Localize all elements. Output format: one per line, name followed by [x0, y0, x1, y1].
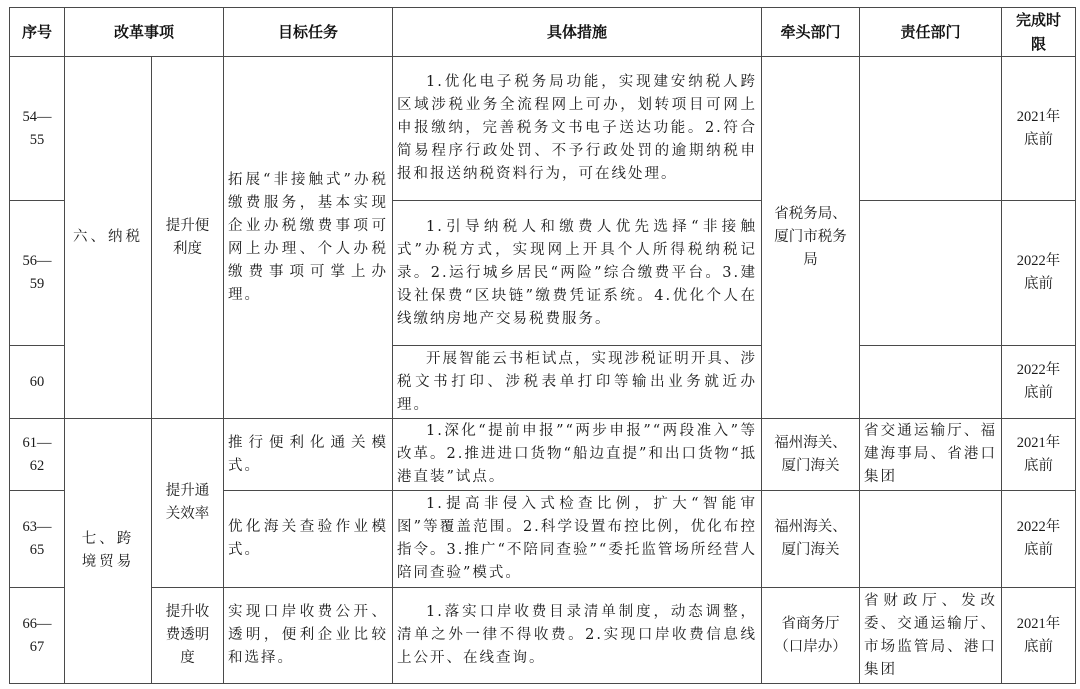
seq-cell: 60 [10, 346, 65, 419]
header-lead-dept: 牵头部门 [762, 8, 860, 57]
deadline-cell: 2021年底前 [1002, 588, 1076, 684]
seq-cell: 63—65 [10, 491, 65, 588]
header-measures: 具体措施 [393, 8, 762, 57]
deadline-cell: 2021年底前 [1002, 419, 1076, 491]
category-cell: 七、跨境贸易 [65, 419, 152, 684]
deadline-cell: 2022年底前 [1002, 491, 1076, 588]
deadline-cell: 2022年底前 [1002, 201, 1076, 346]
deadline-cell: 2021年底前 [1002, 57, 1076, 201]
target-task-cell: 推行便利化通关模式。 [224, 419, 393, 491]
target-task-cell: 优化海关查验作业模式。 [224, 491, 393, 588]
sub-item-cell: 提升通关效率 [152, 419, 224, 588]
table-row: 66—67 提升收费透明度 实现口岸收费公开、透明，便利企业比较和选择。 1.落… [10, 588, 1076, 684]
category-cell: 六、纳税 [65, 57, 152, 419]
sub-item-cell: 提升收费透明度 [152, 588, 224, 684]
target-task-cell: 拓展“非接触式”办税缴费服务，基本实现企业办税缴费事项可网上办理、个人办税缴费事… [224, 57, 393, 419]
measures-cell: 开展智能云书柜试点，实现涉税证明开具、涉税文书打印、涉税表单打印等输出业务就近办… [393, 346, 762, 419]
header-deadline: 完成时限 [1002, 8, 1076, 57]
header-resp-dept: 责任部门 [860, 8, 1002, 57]
resp-dept-cell [860, 491, 1002, 588]
measures-cell: 1.优化电子税务局功能，实现建安纳税人跨区域涉税业务全流程网上可办，划转项目可网… [393, 57, 762, 201]
resp-dept-cell [860, 57, 1002, 201]
seq-cell: 56—59 [10, 201, 65, 346]
measures-cell: 1.提高非侵入式检查比例，扩大“智能审图”等覆盖范围。2.科学设置布控比例，优化… [393, 491, 762, 588]
table-row: 61—62 七、跨境贸易 提升通关效率 推行便利化通关模式。 1.深化“提前申报… [10, 419, 1076, 491]
resp-dept-cell [860, 201, 1002, 346]
lead-dept-cell: 省税务局、厦门市税务局 [762, 57, 860, 419]
seq-cell: 61—62 [10, 419, 65, 491]
target-task-cell: 实现口岸收费公开、透明，便利企业比较和选择。 [224, 588, 393, 684]
resp-dept-cell [860, 346, 1002, 419]
seq-cell: 54—55 [10, 57, 65, 201]
header-row: 序号 改革事项 目标任务 具体措施 牵头部门 责任部门 完成时限 [10, 8, 1076, 57]
header-reform-item: 改革事项 [65, 8, 224, 57]
deadline-cell: 2022年底前 [1002, 346, 1076, 419]
header-seq: 序号 [10, 8, 65, 57]
lead-dept-cell: 省商务厅（口岸办） [762, 588, 860, 684]
resp-dept-cell: 省交通运输厅、福建海事局、省港口集团 [860, 419, 1002, 491]
header-target-task: 目标任务 [224, 8, 393, 57]
measures-cell: 1.落实口岸收费目录清单制度，动态调整，清单之外一律不得收费。2.实现口岸收费信… [393, 588, 762, 684]
lead-dept-cell: 福州海关、厦门海关 [762, 491, 860, 588]
sub-item-cell: 提升便利度 [152, 57, 224, 419]
seq-cell: 66—67 [10, 588, 65, 684]
reform-task-table: 序号 改革事项 目标任务 具体措施 牵头部门 责任部门 完成时限 54—55 六… [9, 7, 1076, 684]
measures-cell: 1.引导纳税人和缴费人优先选择“非接触式”办税方式，实现网上开具个人所得税纳税记… [393, 201, 762, 346]
table-row: 54—55 六、纳税 提升便利度 拓展“非接触式”办税缴费服务，基本实现企业办税… [10, 57, 1076, 201]
lead-dept-cell: 福州海关、厦门海关 [762, 419, 860, 491]
resp-dept-cell: 省财政厅、发改委、交通运输厅、市场监管局、港口集团 [860, 588, 1002, 684]
measures-cell: 1.深化“提前申报”“两步申报”“两段准入”等改革。2.推进进口货物“船边直提”… [393, 419, 762, 491]
